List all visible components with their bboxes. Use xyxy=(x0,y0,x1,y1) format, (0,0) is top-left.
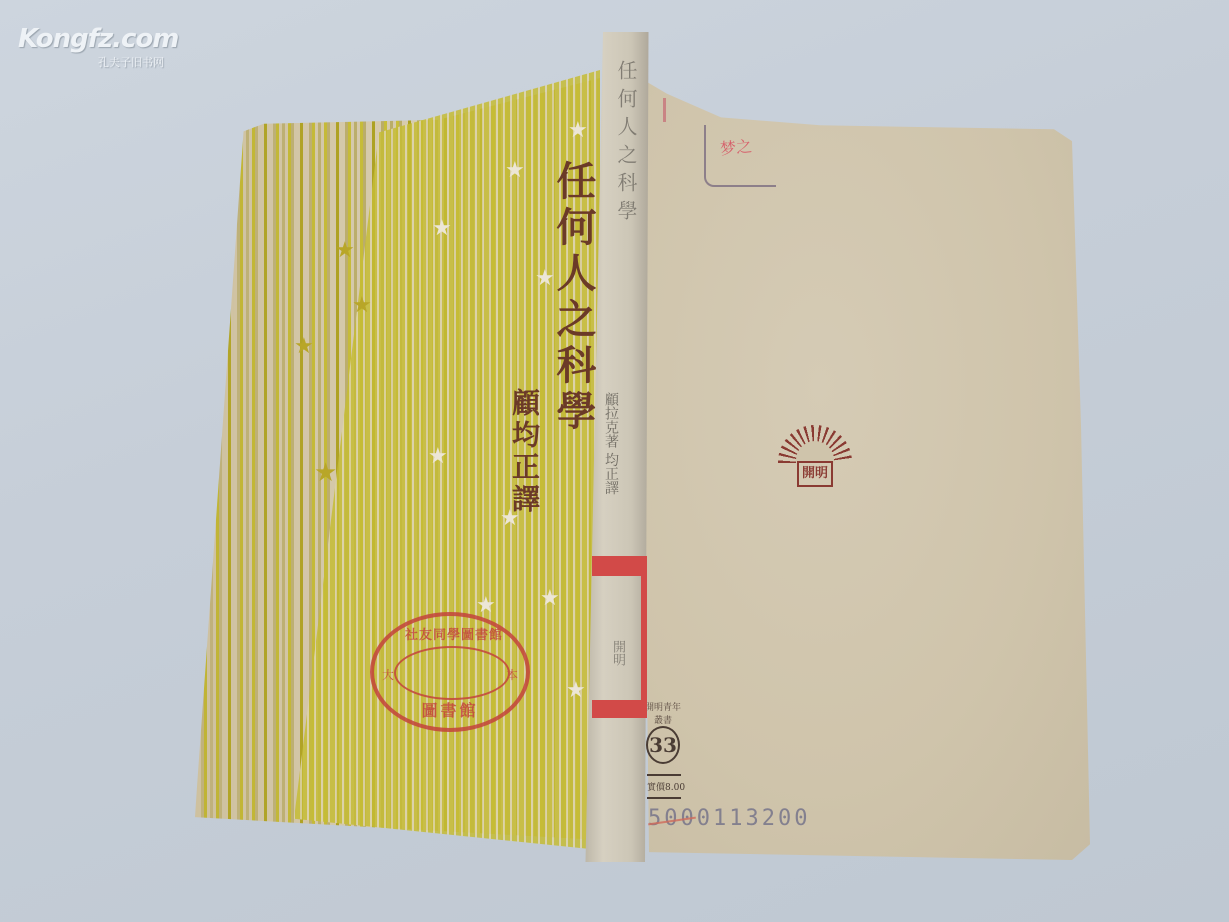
star-icon: ★ xyxy=(314,460,337,486)
series-number: 33 xyxy=(646,726,680,764)
star-icon: ★ xyxy=(335,240,355,262)
stamp-top-text: 社友同學圖書館 xyxy=(390,624,518,643)
star-icon: ★ xyxy=(568,120,588,142)
star-icon: ★ xyxy=(540,588,560,610)
watermark-subtitle: 孔夫子旧书网 xyxy=(98,54,164,70)
catalog-number: 5000113200 xyxy=(648,806,810,831)
stamp-bottom-text: 圖書館 xyxy=(374,698,526,721)
star-icon: ★ xyxy=(566,680,586,702)
star-icon: ★ xyxy=(505,160,525,182)
price-label: 實價8.00 xyxy=(647,774,681,799)
spine-publisher: 開明 xyxy=(608,640,627,666)
series-label: 開明青年叢書 xyxy=(643,700,683,726)
stamp-right-char: 本 xyxy=(506,666,518,683)
stamp-inner-ring xyxy=(394,646,510,700)
spine-library-label xyxy=(592,556,647,718)
logo-text: 開明 xyxy=(798,462,832,481)
series-badge: 開明青年叢書 33 xyxy=(643,700,683,764)
pencil-mark xyxy=(663,98,666,122)
star-icon: ★ xyxy=(476,595,496,617)
spine-author: 顧拉克著 均正譯 xyxy=(602,392,620,494)
back-cover xyxy=(640,70,1090,860)
stamp-left-char: 大 xyxy=(382,666,394,683)
book-title: 任何人之科學 xyxy=(552,160,602,436)
star-icon: ★ xyxy=(432,218,452,240)
book-translator: 顧均正譯 xyxy=(508,388,544,516)
star-icon: ★ xyxy=(294,336,314,358)
star-icon: ★ xyxy=(428,446,448,468)
watermark: Kongfz.com 孔夫子旧书网 xyxy=(18,14,178,74)
spine-title: 任何人之科學 xyxy=(612,60,641,228)
handwriting-text: 梦之 xyxy=(719,133,753,159)
publisher-logo: 開明 xyxy=(778,425,852,491)
watermark-brand: Kongfz.com xyxy=(18,24,178,54)
library-stamp: 社友同學圖書館 大 本 圖書館 xyxy=(370,612,530,732)
star-icon: ★ xyxy=(352,295,372,317)
sunburst-icon xyxy=(778,425,852,463)
